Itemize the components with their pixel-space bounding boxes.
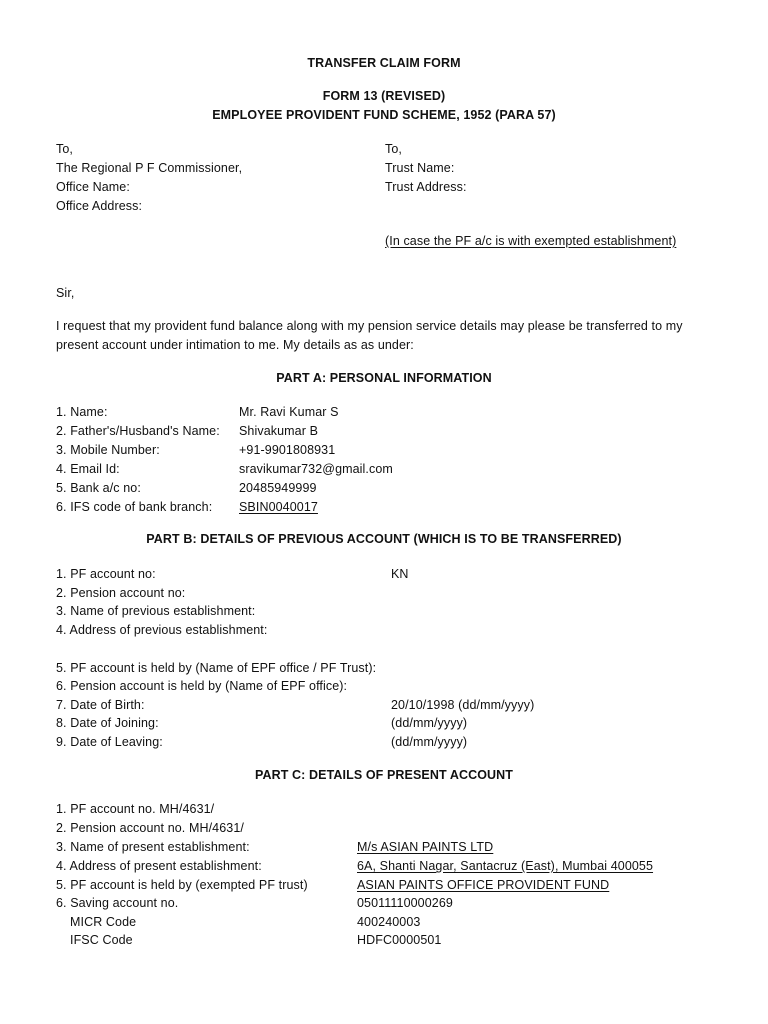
field-label: 2. Pension account no:	[56, 584, 185, 603]
field-label: 4. Address of present establishment:	[56, 857, 262, 876]
field-label: MICR Code	[70, 913, 136, 932]
field-value: (dd/mm/yyyy)	[391, 714, 467, 733]
field-label: 4. Address of previous establishment:	[56, 621, 267, 640]
address-right-trust-address: Trust Address:	[385, 178, 467, 197]
field-value: 20/10/1998 (dd/mm/yyyy)	[391, 696, 534, 715]
field-value: KN	[391, 565, 409, 584]
field-label: 9. Date of Leaving:	[56, 733, 163, 752]
address-left-to: To,	[56, 140, 73, 159]
request-text-line-2: present account under intimation to me. …	[56, 336, 414, 355]
field-label: 8. Date of Joining:	[56, 714, 159, 733]
field-label: 3. Name of previous establishment:	[56, 602, 255, 621]
part-c-heading: PART C: DETAILS OF PRESENT ACCOUNT	[0, 766, 768, 785]
field-label: 1. Name:	[56, 403, 108, 422]
field-value: sravikumar732@gmail.com	[239, 460, 393, 479]
address-right-trust-name: Trust Name:	[385, 159, 454, 178]
field-value: (dd/mm/yyyy)	[391, 733, 467, 752]
field-label: 5. PF account is held by (Name of EPF of…	[56, 659, 376, 678]
field-label: 3. Mobile Number:	[56, 441, 160, 460]
field-label: 2. Father's/Husband's Name:	[56, 422, 220, 441]
field-value: 20485949999	[239, 479, 317, 498]
field-value: M/s ASIAN PAINTS LTD	[357, 838, 493, 857]
field-label: 1. PF account no:	[56, 565, 156, 584]
field-value: 400240003	[357, 913, 420, 932]
exempted-establishment-note: (In case the PF a/c is with exempted est…	[385, 232, 676, 251]
field-label: 2. Pension account no. MH/4631/	[56, 819, 244, 838]
field-value: Mr. Ravi Kumar S	[239, 403, 339, 422]
field-value: Shivakumar B	[239, 422, 318, 441]
field-value: +91-9901808931	[239, 441, 335, 460]
address-left-commissioner: The Regional P F Commissioner,	[56, 159, 242, 178]
form-number: FORM 13 (REVISED)	[0, 87, 768, 106]
field-label: IFSC Code	[70, 931, 133, 950]
address-right-to: To,	[385, 140, 402, 159]
field-label: 5. PF account is held by (exempted PF tr…	[56, 876, 308, 895]
field-value: SBIN0040017	[239, 498, 318, 517]
field-label: 7. Date of Birth:	[56, 696, 145, 715]
field-value: ASIAN PAINTS OFFICE PROVIDENT FUND	[357, 876, 609, 895]
field-label: 1. PF account no. MH/4631/	[56, 800, 214, 819]
field-label: 4. Email Id:	[56, 460, 120, 479]
form-title: TRANSFER CLAIM FORM	[0, 54, 768, 73]
scheme-title: EMPLOYEE PROVIDENT FUND SCHEME, 1952 (PA…	[0, 106, 768, 125]
part-a-heading: PART A: PERSONAL INFORMATION	[0, 369, 768, 388]
part-b-heading: PART B: DETAILS OF PREVIOUS ACCOUNT (WHI…	[0, 530, 768, 549]
address-left-office-address: Office Address:	[56, 197, 142, 216]
salutation: Sir,	[56, 284, 74, 303]
field-label: 3. Name of present establishment:	[56, 838, 250, 857]
field-value: 05011110000269	[357, 894, 453, 913]
field-label: 5. Bank a/c no:	[56, 479, 141, 498]
field-label: 6. Pension account is held by (Name of E…	[56, 677, 347, 696]
field-label: 6. Saving account no.	[56, 894, 178, 913]
field-value: 6A, Shanti Nagar, Santacruz (East), Mumb…	[357, 857, 653, 876]
address-left-office-name: Office Name:	[56, 178, 130, 197]
field-value: HDFC0000501	[357, 931, 441, 950]
request-text-line-1: I request that my provident fund balance…	[56, 317, 683, 336]
field-label: 6. IFS code of bank branch:	[56, 498, 212, 517]
